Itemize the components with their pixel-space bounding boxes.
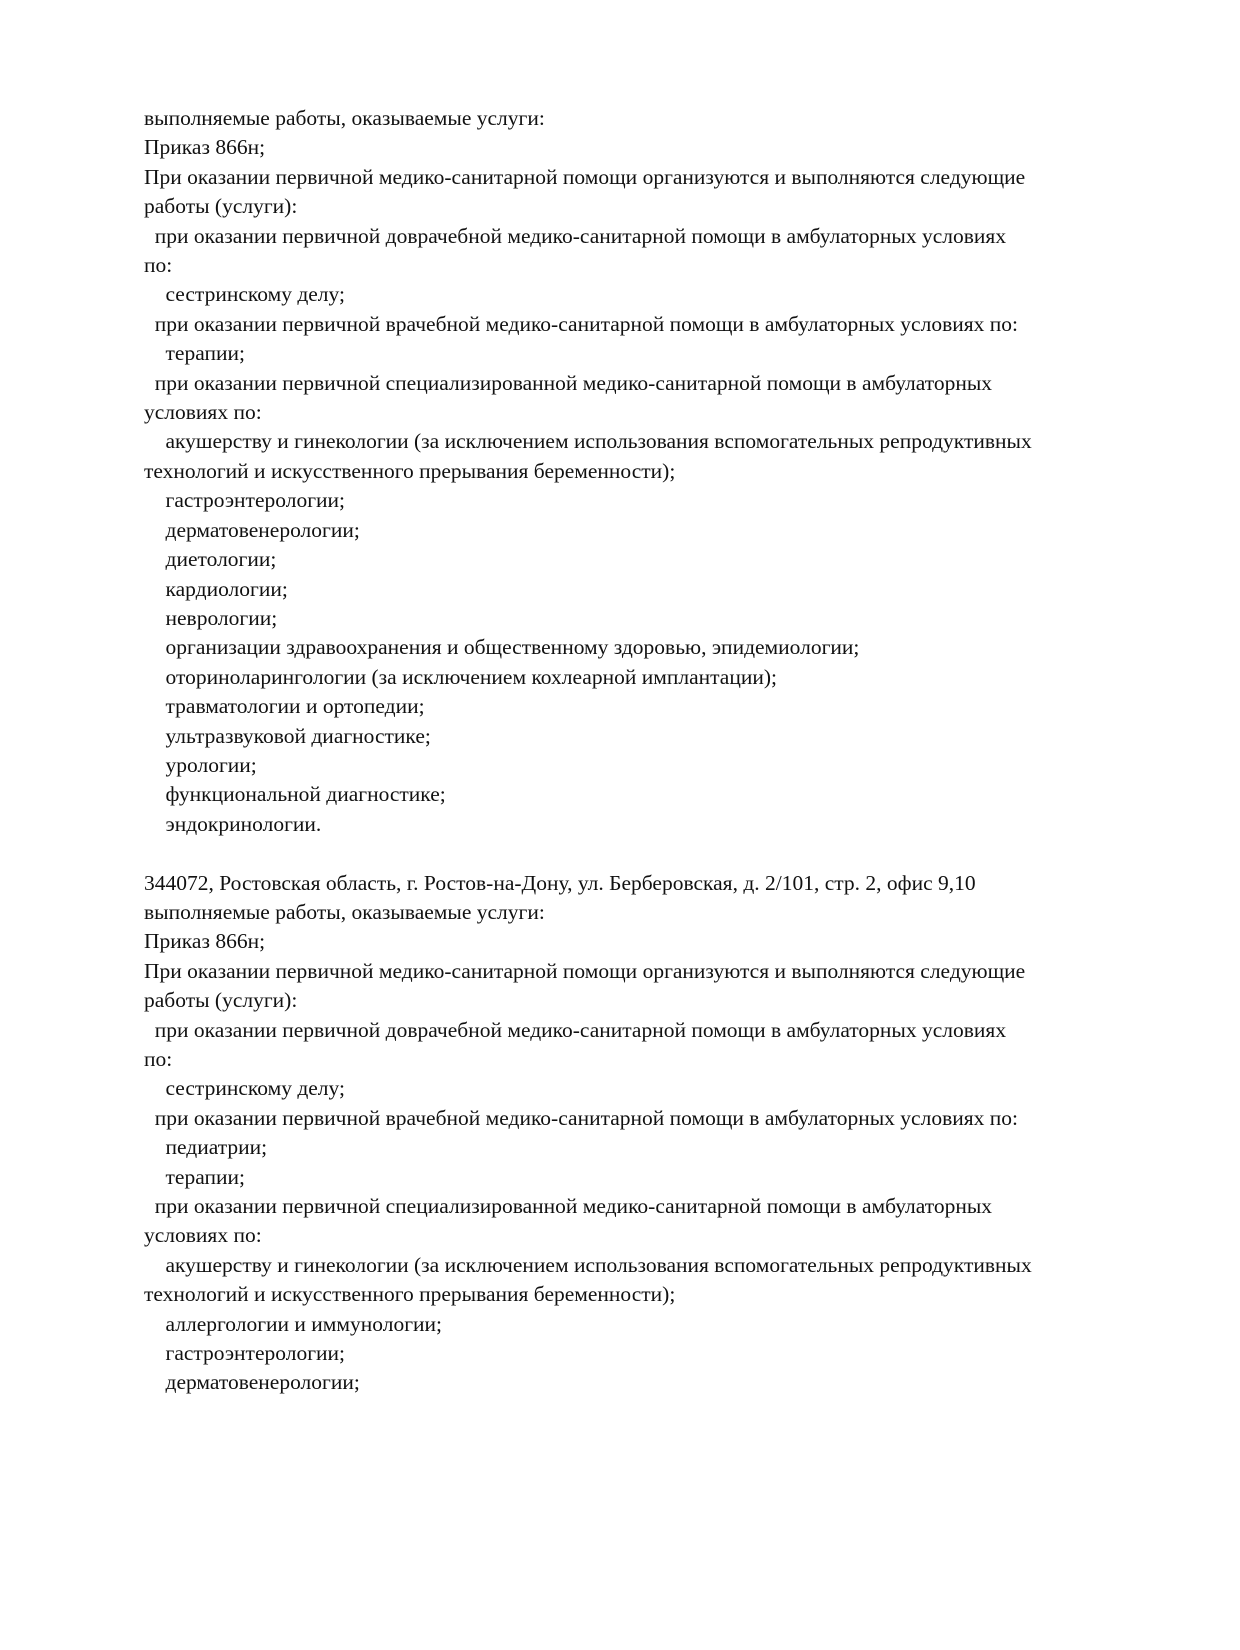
text-line: по: bbox=[144, 1045, 1144, 1074]
text-line: При оказании первичной медико-санитарной… bbox=[144, 163, 1144, 192]
text-line: эндокринологии. bbox=[144, 810, 1144, 839]
text-line: Приказ 866н; bbox=[144, 133, 1144, 162]
text-line: педиатрии; bbox=[144, 1133, 1144, 1162]
text-line: сестринскому делу; bbox=[144, 280, 1144, 309]
text-line: Приказ 866н; bbox=[144, 927, 1144, 956]
text-line: работы (услуги): bbox=[144, 986, 1144, 1015]
text-line: при оказании первичной доврачебной медик… bbox=[144, 1016, 1144, 1045]
text-line: урологии; bbox=[144, 751, 1144, 780]
text-line: работы (услуги): bbox=[144, 192, 1144, 221]
text-line: дерматовенерологии; bbox=[144, 516, 1144, 545]
text-line: оториноларингологии (за исключением кохл… bbox=[144, 663, 1144, 692]
text-line: условиях по: bbox=[144, 398, 1144, 427]
text-line: терапии; bbox=[144, 1163, 1144, 1192]
text-line: неврологии; bbox=[144, 604, 1144, 633]
text-line: диетологии; bbox=[144, 545, 1144, 574]
text-line: ультразвуковой диагностике; bbox=[144, 722, 1144, 751]
license-block-1: выполняемые работы, оказываемые услуги:П… bbox=[144, 104, 1144, 839]
text-line: при оказании первичной врачебной медико-… bbox=[144, 310, 1144, 339]
text-line: организации здравоохранения и общественн… bbox=[144, 633, 1144, 662]
text-line: при оказании первичной доврачебной медик… bbox=[144, 222, 1144, 251]
text-line: условиях по: bbox=[144, 1221, 1144, 1250]
text-line: технологий и искусственного прерывания б… bbox=[144, 1280, 1144, 1309]
text-line: функциональной диагностике; bbox=[144, 780, 1144, 809]
license-block-2: 344072, Ростовская область, г. Ростов-на… bbox=[144, 869, 1144, 1398]
text-line: При оказании первичной медико-санитарной… bbox=[144, 957, 1144, 986]
text-line: выполняемые работы, оказываемые услуги: bbox=[144, 104, 1144, 133]
text-line: при оказании первичной специализированно… bbox=[144, 1192, 1144, 1221]
text-line: гастроэнтерологии; bbox=[144, 1339, 1144, 1368]
text-line: выполняемые работы, оказываемые услуги: bbox=[144, 898, 1144, 927]
text-line: терапии; bbox=[144, 339, 1144, 368]
document-page: выполняемые работы, оказываемые услуги:П… bbox=[144, 104, 1144, 1398]
block-separator bbox=[144, 839, 1144, 868]
text-line: при оказании первичной врачебной медико-… bbox=[144, 1104, 1144, 1133]
text-line: травматологии и ортопедии; bbox=[144, 692, 1144, 721]
text-line: акушерству и гинекологии (за исключением… bbox=[144, 1251, 1144, 1280]
text-line: по: bbox=[144, 251, 1144, 280]
text-line: при оказании первичной специализированно… bbox=[144, 369, 1144, 398]
text-line: гастроэнтерологии; bbox=[144, 486, 1144, 515]
text-line: сестринскому делу; bbox=[144, 1074, 1144, 1103]
text-line: дерматовенерологии; bbox=[144, 1368, 1144, 1397]
text-line: кардиологии; bbox=[144, 575, 1144, 604]
text-line: аллергологии и иммунологии; bbox=[144, 1310, 1144, 1339]
address-line: 344072, Ростовская область, г. Ростов-на… bbox=[144, 869, 1144, 898]
text-line: акушерству и гинекологии (за исключением… bbox=[144, 427, 1144, 456]
text-line: технологий и искусственного прерывания б… bbox=[144, 457, 1144, 486]
